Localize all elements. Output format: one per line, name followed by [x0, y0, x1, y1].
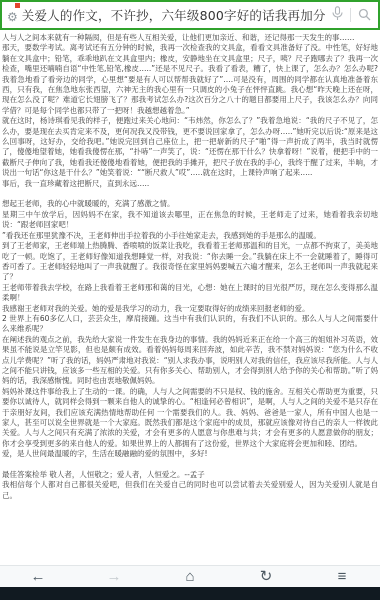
browser-screen: ⚙ 关爱人的作文，不许抄，六年级800字好的话我再加分 人与人之间本来就有一种 [0, 0, 380, 600]
paragraph: 想起王老师，我的心中就暖暖的，充满了感激之情。 [2, 199, 378, 209]
forward-icon: → [107, 569, 122, 584]
browser-toolbar: ← → ⌂ ↻ ≡ [0, 565, 380, 587]
back-icon: ← [31, 569, 46, 584]
paragraph: 在阐述我的观点之前，我先给大家说一件发生在我身边的事情。我的妈妈近来正在给一个高… [2, 335, 378, 387]
paragraph: 妈妈补课这件事给我上了生动的一课。的确，人与人之间需要的不只是权、钱的施舍。互相… [2, 387, 378, 449]
divider [350, 8, 351, 22]
paragraph-spacer [2, 460, 378, 470]
menu-button[interactable]: ≡ [322, 566, 362, 588]
gear-icon[interactable]: ⚙ [7, 6, 18, 25]
refresh-button[interactable]: ↻ [246, 566, 286, 588]
paragraph: 王老师带着我去学校，在路上我看着王老师那和蔼的目光，心想：她在上课时的目光很严厉… [2, 283, 378, 304]
microphone-icon[interactable] [332, 6, 343, 25]
refresh-icon: ↻ [260, 569, 273, 584]
home-button[interactable]: ⌂ [170, 566, 210, 588]
paragraph-spacer [2, 189, 378, 199]
paragraph: 最佳答案检举 敬人者，人恒敬之；爱人者，人恒爱之。--孟子 [2, 470, 378, 480]
paragraph: 爱，是人世间最温暖的字，生活在暖融融的爱的氛围中，多好! [2, 449, 378, 459]
menu-icon: ≡ [338, 569, 347, 584]
paragraph: 到了王老师家，王老师端上热腾腾、香喷喷的饭菜让我吃，我看着王老师那温和的目光，一… [2, 241, 378, 283]
search-bar: ⚙ 关爱人的作文，不许抄，六年级800字好的话我再加分 [0, 0, 380, 30]
article: 人与人之间本来就有一种隔阂，但是有些人互相关爱，让他们更加亲近、和谐，还记得那一… [0, 31, 380, 565]
paragraph: 我感谢王老师对我的关爱。她的爱是我学习的动力，我一定要取得好的成绩来回报老师的爱… [2, 304, 378, 314]
paragraph: 我相信每个人都对自己都很关爱吧，但我们在关爱自己的同时也可以尝试着去关爱别爱人，… [2, 480, 378, 501]
paragraph: 人与人之间本来就有一种隔阂，但是有些人互相关爱，让他们更加亲近、和谐，还记得那一… [2, 33, 378, 43]
search-input[interactable]: 关爱人的作文，不许抄，六年级800字好的话我再加分 [22, 6, 332, 24]
back-button[interactable]: ← [18, 566, 58, 588]
search-icon[interactable] [358, 6, 371, 25]
paragraph: 星期三中午放学后，因妈妈不在家，我不知道该去哪里，正在焦急的时候，王老师走了过来… [2, 210, 378, 231]
paragraph: 2 世界上有60多亿人口，芸芸众生，摩肩接踵。这当中有我们认识的，有我们不认识的… [2, 314, 378, 335]
paragraph: ”看我还在那里犹豫不决，王老师伸出手拉着我的小手往她家走去，我感到她的手是那么的… [2, 231, 378, 241]
forward-button[interactable]: → [94, 566, 134, 588]
paragraph: 事后，我一直珍藏着这把断尺，直到永远….. [2, 179, 378, 189]
system-navigation-bar [0, 587, 380, 600]
paragraph: 那天，要数学考试。离考试还有五分钟的时候，我再一次检查我的文具盒，看看文具准备好… [2, 43, 378, 116]
home-icon: ⌂ [185, 569, 194, 584]
paragraph: 就在这时，杨诗琪看见我的样子，便跑过来关心地问：“韦炜然，你怎么了？”我着急地说… [2, 116, 378, 178]
notification-badge [15, 3, 20, 8]
